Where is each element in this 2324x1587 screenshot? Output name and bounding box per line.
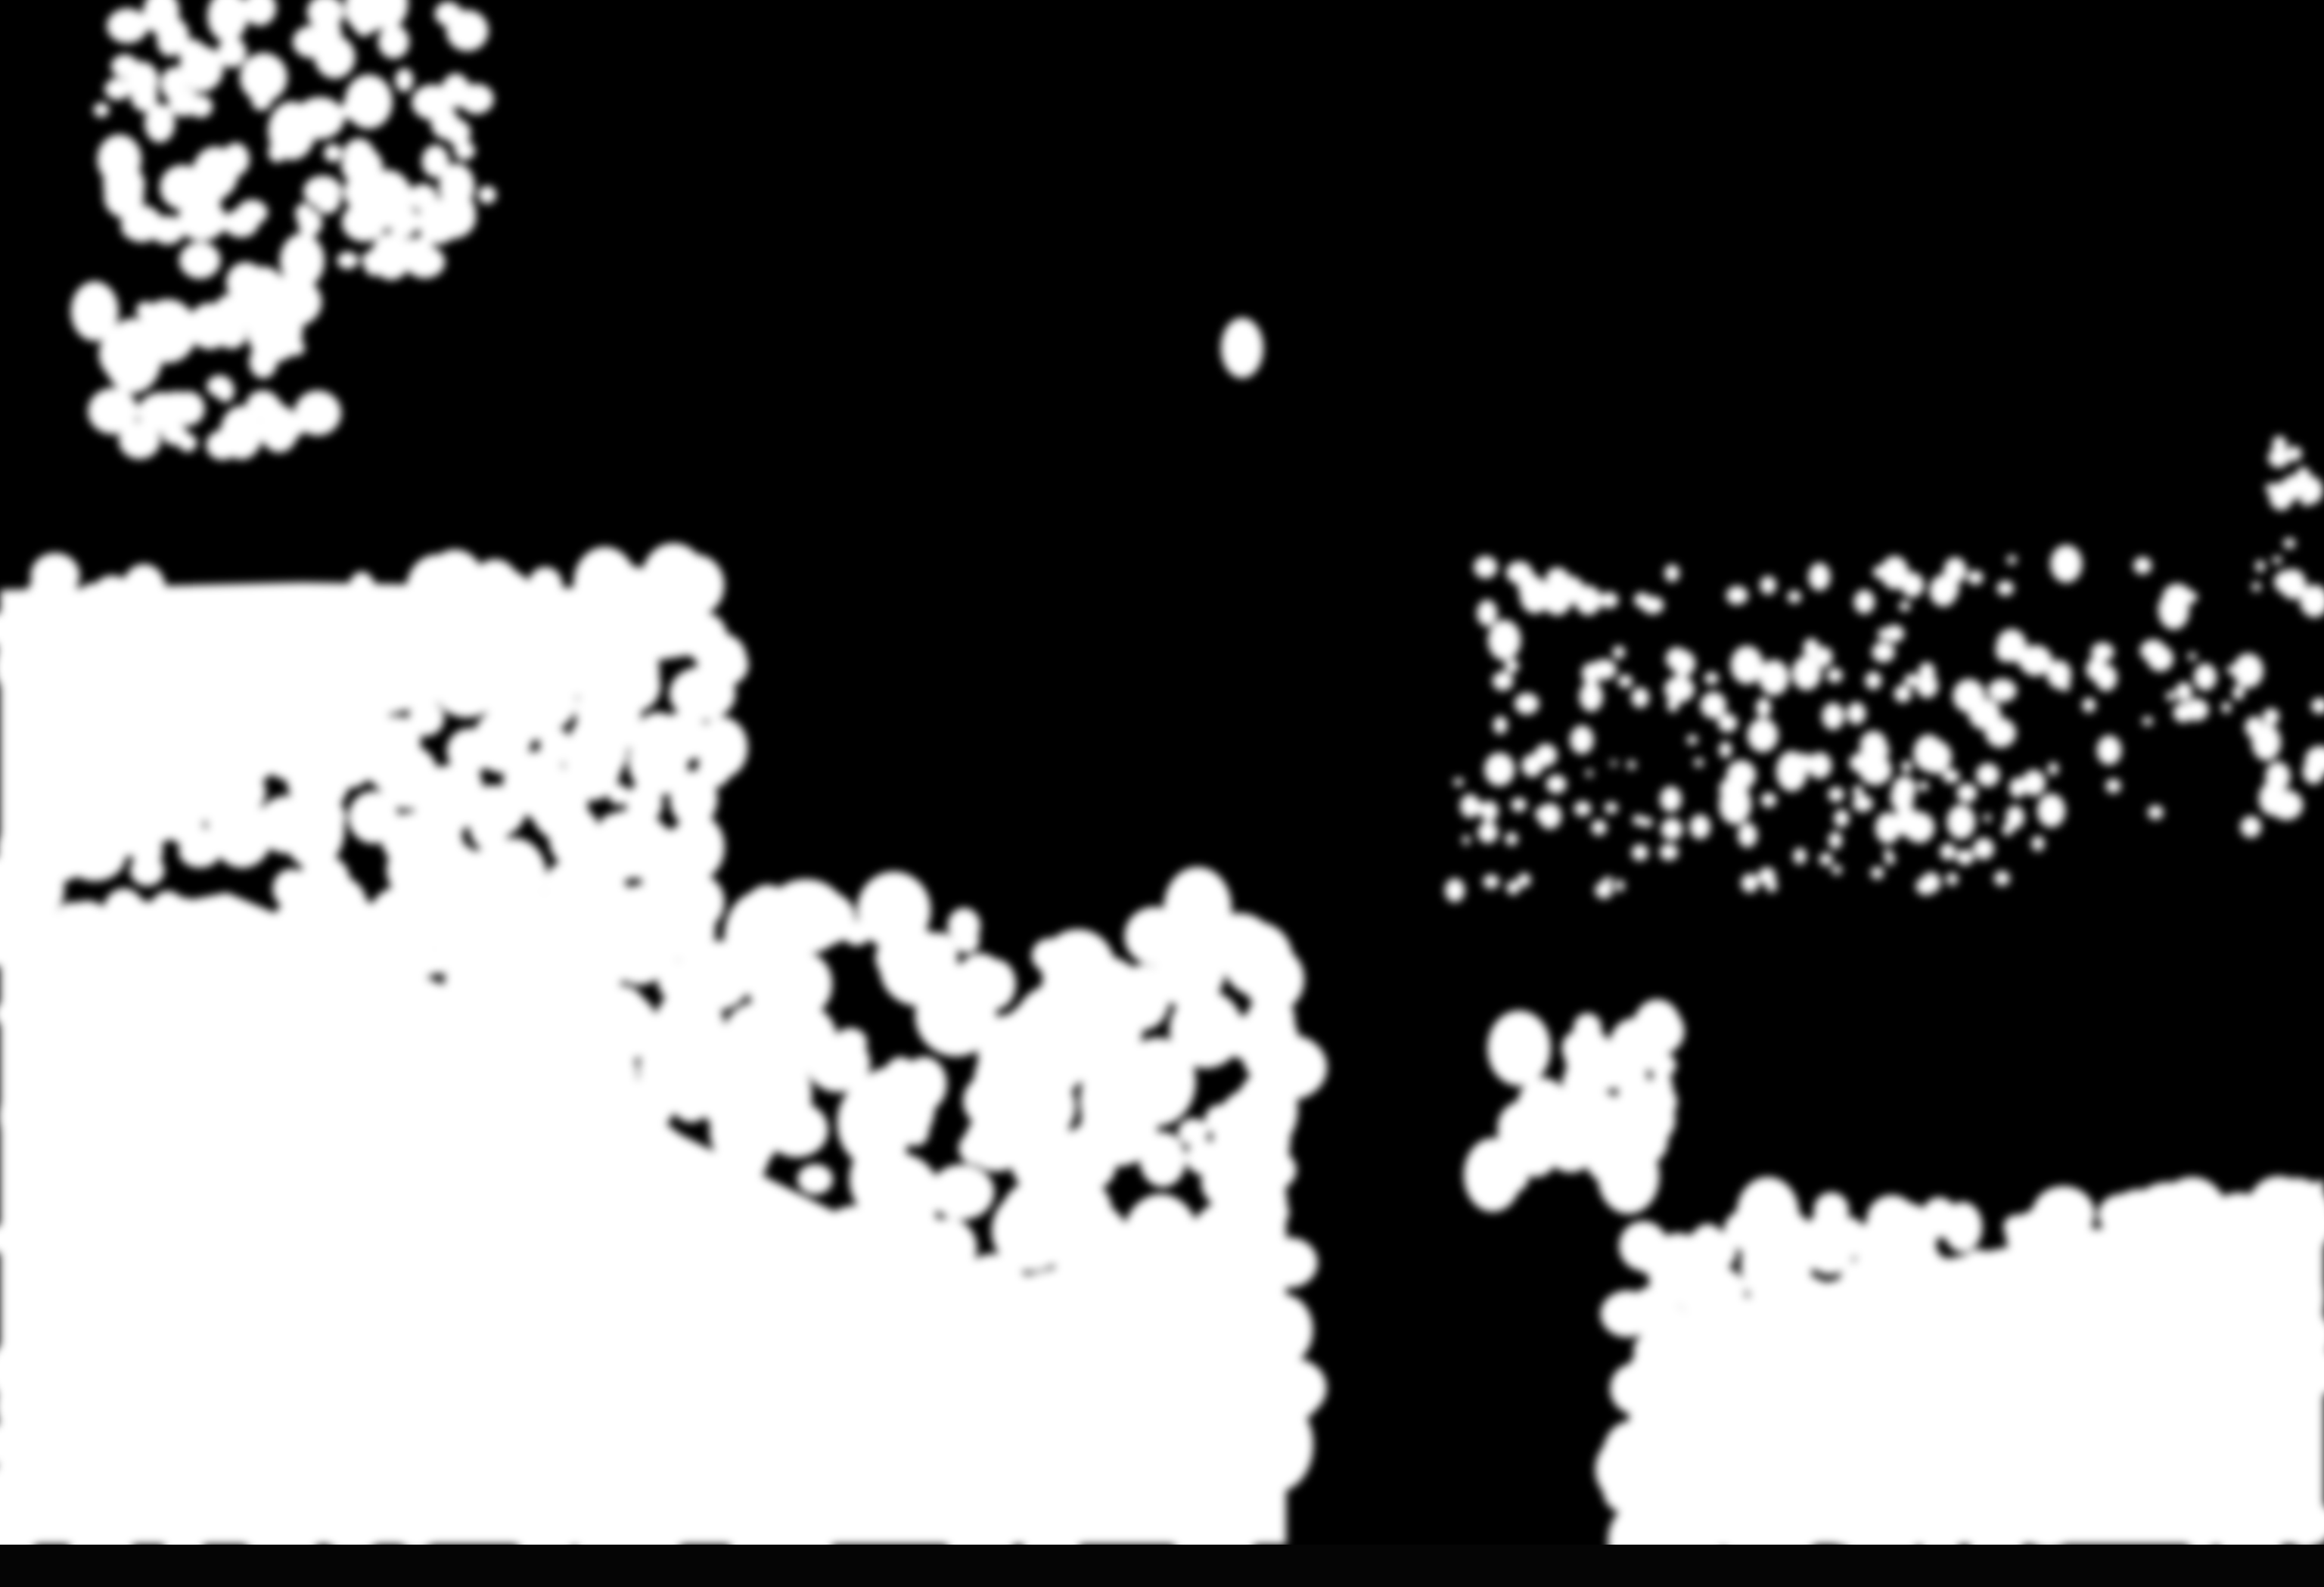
cloud-mask-image [0, 0, 2324, 1587]
bottom-border [0, 1545, 2324, 1587]
